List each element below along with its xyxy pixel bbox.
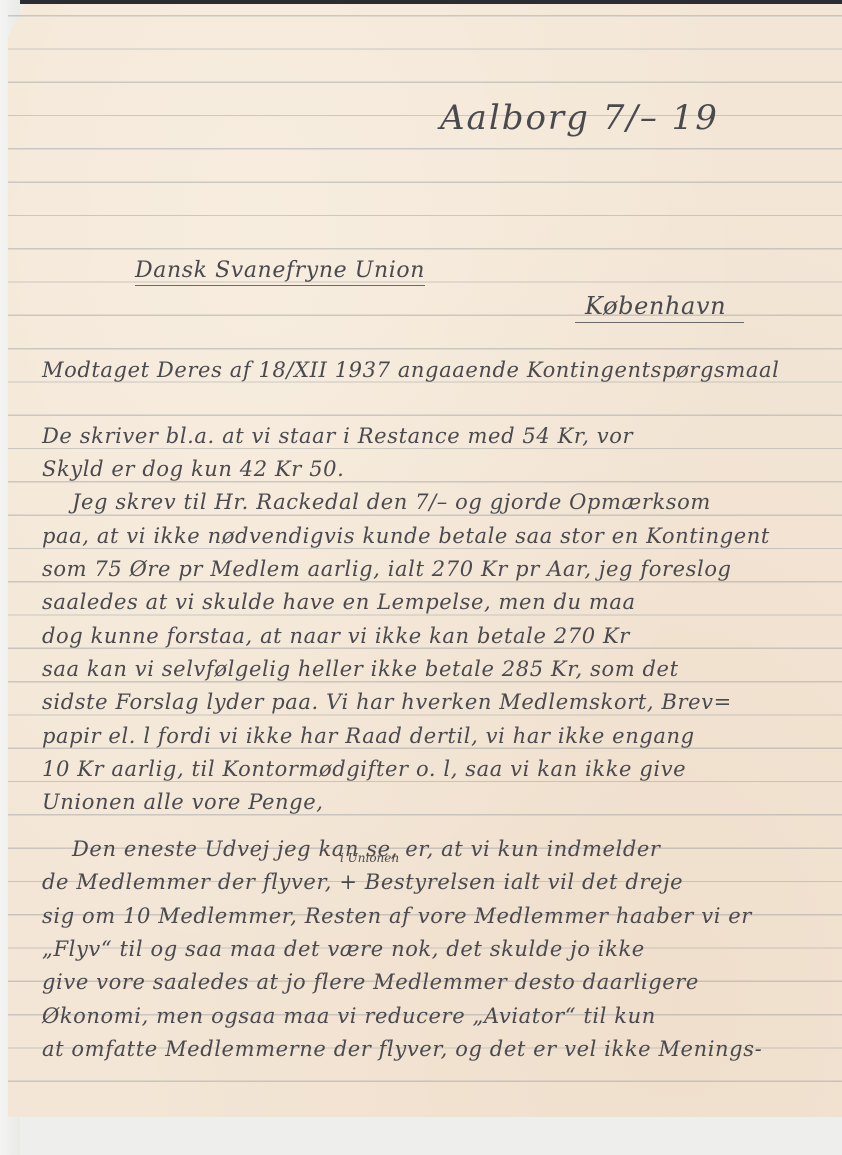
organization-name: Dansk Svanefryne Union bbox=[135, 258, 425, 286]
insertion-note: i Unionen bbox=[340, 851, 399, 865]
body-line-11: papir el. l fordi vi ikke har Raad derti… bbox=[42, 724, 695, 748]
place-date: Aalborg 7/– 19 bbox=[440, 98, 719, 138]
body-line-9: saa kan vi selvfølgelig heller ikke beta… bbox=[42, 657, 679, 681]
body-line-6: som 75 Øre pr Medlem aarlig, ialt 270 Kr… bbox=[42, 557, 732, 581]
body-line-15: de Medlemmer der flyver, + Bestyrelsen i… bbox=[42, 870, 683, 894]
body-line-7: saaledes at vi skulde have en Lempelse, … bbox=[42, 590, 636, 614]
body-line-2: De skriver bl.a. at vi staar i Restance … bbox=[42, 424, 633, 448]
body-line-10: sidste Forslag lyder paa. Vi har hverken… bbox=[42, 690, 732, 714]
body-line-1: Modtaget Deres af 18/XII 1937 angaaende … bbox=[42, 358, 779, 382]
addressee-organization: Dansk Svanefryne Union bbox=[135, 258, 425, 283]
body-line-19: Økonomi, men ogsaa maa vi reducere „Avia… bbox=[42, 1004, 656, 1028]
body-line-5: paa, at vi ikke nødvendigvis kunde betal… bbox=[42, 524, 770, 548]
scan-top-edge bbox=[0, 0, 842, 4]
body-line-8: dog kunne forstaa, at naar vi ikke kan b… bbox=[42, 624, 630, 648]
body-line-12: 10 Kr aarlig, til Kontormødgifter o. l, … bbox=[42, 757, 686, 781]
body-line-20: at omfatte Medlemmerne der flyver, og de… bbox=[42, 1037, 762, 1061]
addressee-city: København bbox=[575, 292, 744, 323]
body-line-3: Skyld er dog kun 42 Kr 50. bbox=[42, 457, 344, 481]
body-line-13: Unionen alle vore Penge, bbox=[42, 790, 324, 814]
body-line-4: Jeg skrev til Hr. Rackedal den 7/– og gj… bbox=[72, 490, 711, 514]
body-line-18: give vore saaledes at jo flere Medlemmer… bbox=[42, 970, 699, 994]
body-line-17: „Flyv“ til og saa maa det være nok, det … bbox=[42, 937, 645, 961]
body-line-16: sig om 10 Medlemmer, Resten af vore Medl… bbox=[42, 904, 752, 928]
